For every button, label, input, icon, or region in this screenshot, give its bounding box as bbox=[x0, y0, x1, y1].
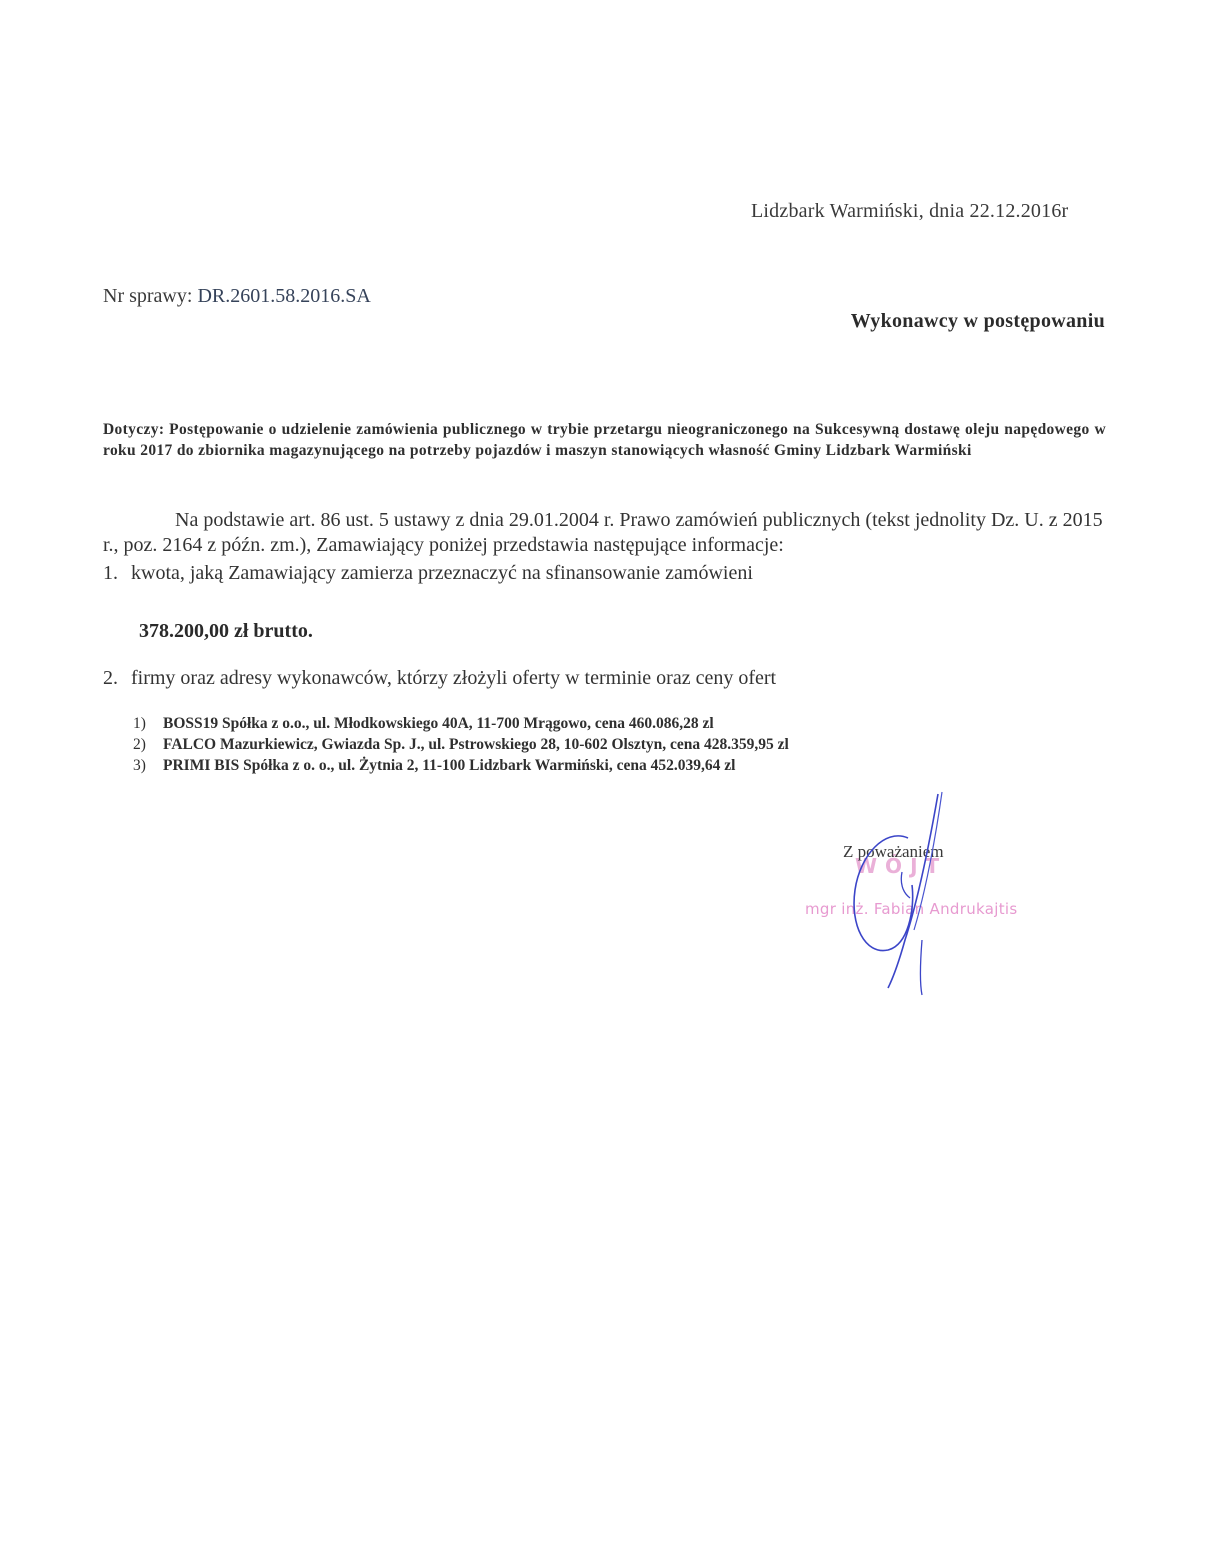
offer-item: 3)PRIMI BIS Spółka z o. o., ul. Żytnia 2… bbox=[133, 755, 789, 776]
offer-text: FALCO Mazurkiewicz, Gwiazda Sp. J., ul. … bbox=[163, 736, 789, 753]
handwritten-signature-icon bbox=[790, 780, 1040, 1010]
recipient-heading: Wykonawcy w postępowaniu bbox=[851, 310, 1105, 333]
point-1-number: 1. bbox=[103, 562, 131, 585]
budget-amount: 378.200,00 zł brutto. bbox=[139, 620, 313, 643]
signature-block: WÓJT mgr inż. Fabian Andrukajtis Z poważ… bbox=[790, 780, 1040, 1010]
case-number-value: DR.2601.58.2016.SA bbox=[197, 285, 370, 307]
case-number-label: Nr sprawy: bbox=[103, 285, 197, 307]
offer-index: 1) bbox=[133, 713, 163, 734]
point-2: 2.firmy oraz adresy wykonawców, którzy z… bbox=[103, 667, 776, 690]
intro-paragraph: Na podstawie art. 86 ust. 5 ustawy z dni… bbox=[103, 508, 1108, 558]
offers-list: 1)BOSS19 Spółka z o.o., ul. Młodkowskieg… bbox=[133, 713, 789, 776]
point-2-text: firmy oraz adresy wykonawców, którzy zło… bbox=[131, 667, 776, 689]
intro-text: Na podstawie art. 86 ust. 5 ustawy z dni… bbox=[103, 509, 1103, 556]
offer-item: 1)BOSS19 Spółka z o.o., ul. Młodkowskieg… bbox=[133, 713, 789, 734]
place-date: Lidzbark Warmiński, dnia 22.12.2016r bbox=[751, 200, 1068, 223]
case-number-line: Nr sprawy: DR.2601.58.2016.SA bbox=[103, 285, 371, 308]
point-1: 1.kwota, jaką Zamawiający zamierza przez… bbox=[103, 562, 753, 585]
subject-paragraph: Dotyczy: Postępowanie o udzielenie zamów… bbox=[103, 419, 1106, 461]
point-1-text: kwota, jaką Zamawiający zamierza przezna… bbox=[131, 562, 753, 584]
offer-text: BOSS19 Spółka z o.o., ul. Młodkowskiego … bbox=[163, 715, 714, 732]
offer-text: PRIMI BIS Spółka z o. o., ul. Żytnia 2, … bbox=[163, 757, 735, 774]
offer-index: 3) bbox=[133, 755, 163, 776]
offer-index: 2) bbox=[133, 734, 163, 755]
offer-item: 2)FALCO Mazurkiewicz, Gwiazda Sp. J., ul… bbox=[133, 734, 789, 755]
point-2-number: 2. bbox=[103, 667, 131, 690]
